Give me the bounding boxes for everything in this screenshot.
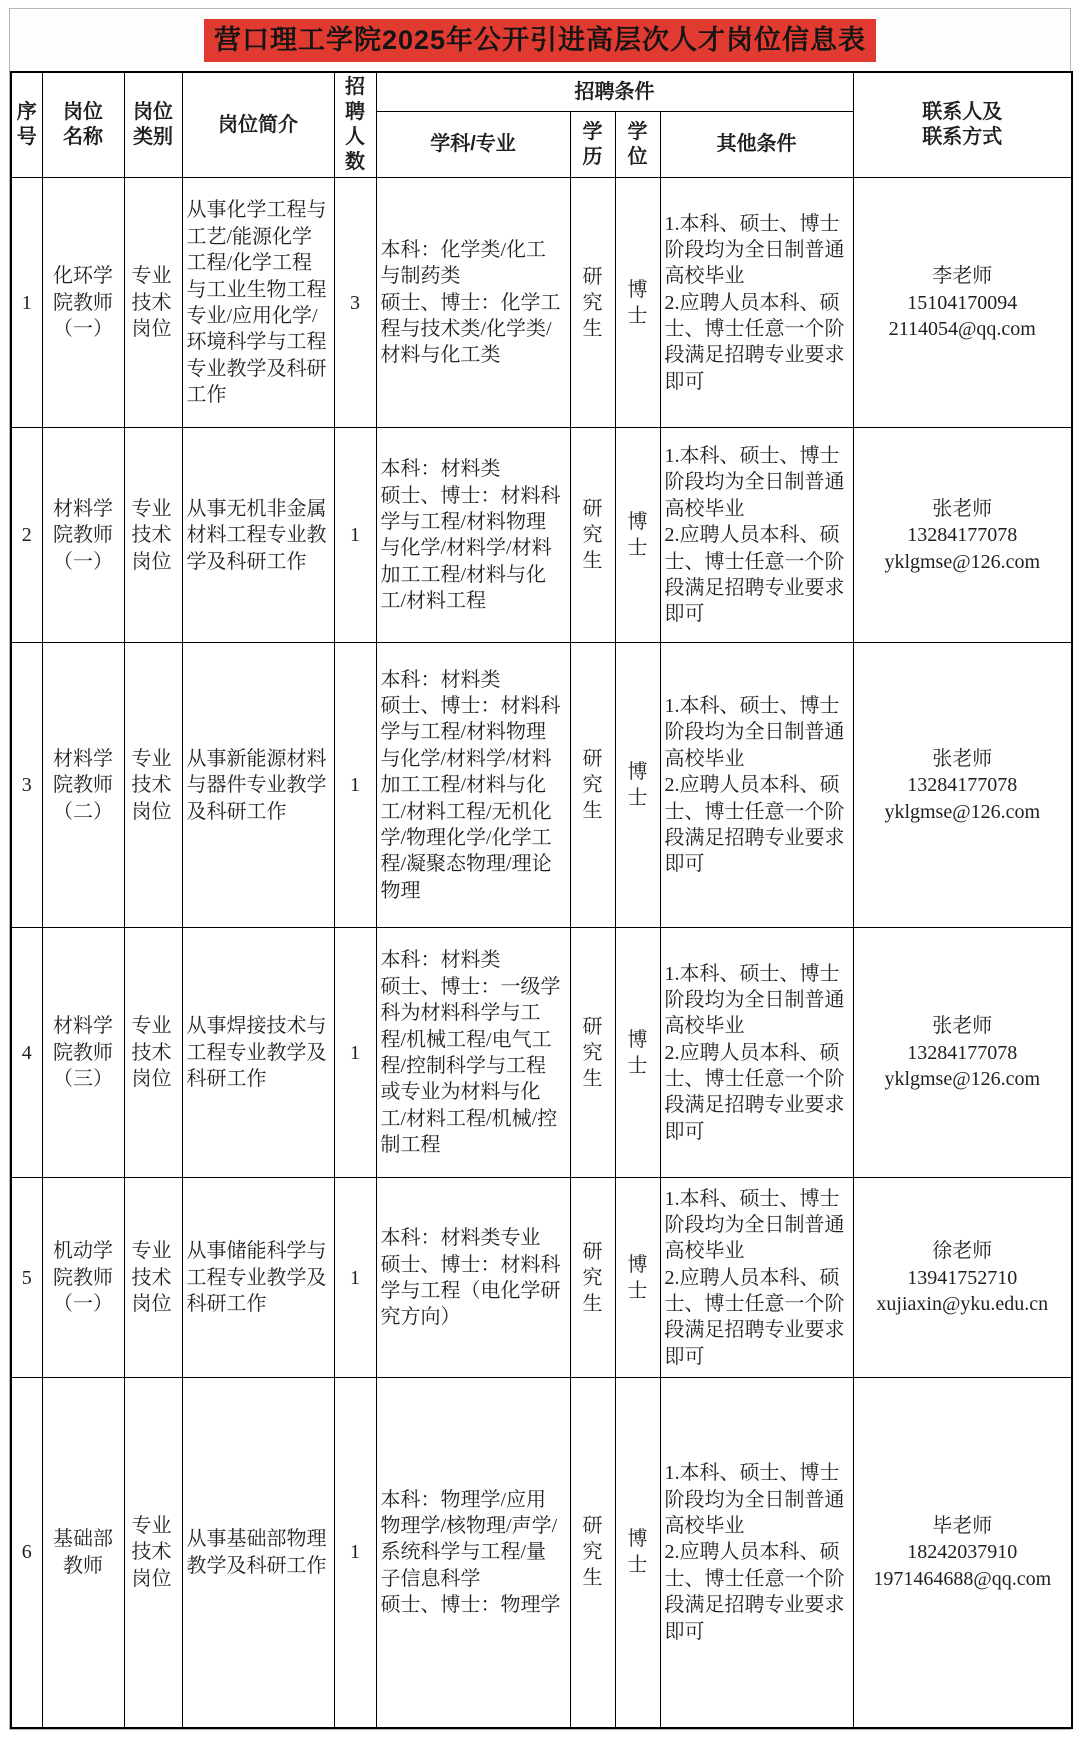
category-text: 专业技术岗位: [132, 746, 175, 825]
cell-category: 专业技术岗位: [124, 928, 182, 1178]
cell-education: 研究生: [570, 1378, 615, 1728]
table-row: 3 材料学院教师（二） 专业技术岗位 从事新能源材料与器件专业教学及科研工作 1…: [11, 643, 1072, 928]
cell-count: 1: [334, 928, 376, 1178]
cell-category: 专业技术岗位: [124, 178, 182, 428]
cell-count: 1: [334, 428, 376, 643]
cell-degree: 博士: [615, 928, 660, 1178]
cell-other: 1.本科、硕士、博士阶段均为全日制普通高校毕业 2.应聘人员本科、硕士、博士任意…: [660, 1178, 853, 1378]
degree-text: 博士: [627, 1027, 649, 1079]
cell-contact: 张老师 13284177078 yklgmse@126.com: [853, 928, 1072, 1178]
table-row: 6 基础部教师 专业技术岗位 从事基础部物理教学及科研工作 1 本科：物理学/应…: [11, 1378, 1072, 1728]
header-contact: 联系人及 联系方式: [853, 72, 1072, 178]
cell-other: 1.本科、硕士、博士阶段均为全日制普通高校毕业 2.应聘人员本科、硕士、博士任意…: [660, 178, 853, 428]
cell-intro: 从事焊接技术与工程专业教学及科研工作: [182, 928, 334, 1178]
cell-intro: 从事新能源材料与器件专业教学及科研工作: [182, 643, 334, 928]
cell-education: 研究生: [570, 1178, 615, 1378]
education-text: 研究生: [582, 1513, 604, 1591]
cell-other: 1.本科、硕士、博士阶段均为全日制普通高校毕业 2.应聘人员本科、硕士、博士任意…: [660, 643, 853, 928]
cell-degree: 博士: [615, 643, 660, 928]
header-post-name: 岗位 名称: [42, 72, 124, 178]
cell-category: 专业技术岗位: [124, 1178, 182, 1378]
cell-category: 专业技术岗位: [124, 643, 182, 928]
cell-contact: 李老师 15104170094 2114054@qq.com: [853, 178, 1072, 428]
cell-education: 研究生: [570, 928, 615, 1178]
cell-count: 1: [334, 1378, 376, 1728]
positions-table: 序 号 岗位 名称 岗位 类别 岗位简介 招聘 人数 招聘条件 联系人及 联系方…: [10, 71, 1073, 1729]
document-sheet: 营口理工学院2025年公开引进高层次人才岗位信息表 序 号 岗位 名称 岗位 类…: [9, 8, 1071, 1730]
education-text: 研究生: [582, 264, 604, 342]
cell-name: 基础部教师: [42, 1378, 124, 1728]
cell-major: 本科：材料类 硕士、博士：材料科学与工程/材料物理与化学/材料学/材料加工工程/…: [376, 428, 570, 643]
cell-seq: 6: [11, 1378, 42, 1728]
cell-degree: 博士: [615, 428, 660, 643]
cell-major: 本科：材料类 硕士、博士：一级学科为材料科学与工程/机械工程/电气工程/控制科学…: [376, 928, 570, 1178]
cell-education: 研究生: [570, 428, 615, 643]
category-text: 专业技术岗位: [132, 1013, 175, 1092]
cell-other: 1.本科、硕士、博士阶段均为全日制普通高校毕业 2.应聘人员本科、硕士、博士任意…: [660, 428, 853, 643]
cell-seq: 1: [11, 178, 42, 428]
degree-text: 博士: [627, 509, 649, 561]
degree-text: 博士: [627, 1526, 649, 1578]
cell-degree: 博士: [615, 1178, 660, 1378]
header-degree: 学位: [615, 111, 660, 178]
cell-major: 本科：材料类专业 硕士、博士：材料科学与工程（电化学研究方向）: [376, 1178, 570, 1378]
page-title: 营口理工学院2025年公开引进高层次人才岗位信息表: [204, 19, 876, 62]
header-seq: 序 号: [11, 72, 42, 178]
header-conditions: 招聘条件: [376, 72, 853, 111]
table-header: 序 号 岗位 名称 岗位 类别 岗位简介 招聘 人数 招聘条件 联系人及 联系方…: [11, 72, 1072, 178]
category-text: 专业技术岗位: [132, 1238, 175, 1317]
cell-contact: 张老师 13284177078 yklgmse@126.com: [853, 428, 1072, 643]
cell-category: 专业技术岗位: [124, 428, 182, 643]
cell-intro: 从事基础部物理教学及科研工作: [182, 1378, 334, 1728]
table-row: 4 材料学院教师（三） 专业技术岗位 从事焊接技术与工程专业教学及科研工作 1 …: [11, 928, 1072, 1178]
cell-seq: 3: [11, 643, 42, 928]
education-text: 研究生: [582, 746, 604, 824]
header-other: 其他条件: [660, 111, 853, 178]
education-text: 研究生: [582, 1239, 604, 1317]
table-row: 1 化环学院教师（一） 专业技术岗位 从事化学工程与工艺/能源化学工程/化学工程…: [11, 178, 1072, 428]
cell-contact: 毕老师 18242037910 1971464688@qq.com: [853, 1378, 1072, 1728]
cell-other: 1.本科、硕士、博士阶段均为全日制普通高校毕业 2.应聘人员本科、硕士、博士任意…: [660, 928, 853, 1178]
education-text: 研究生: [582, 496, 604, 574]
education-text: 研究生: [582, 1014, 604, 1092]
cell-education: 研究生: [570, 178, 615, 428]
cell-name: 材料学院教师（三）: [42, 928, 124, 1178]
cell-intro: 从事无机非金属材料工程专业教学及科研工作: [182, 428, 334, 643]
category-text: 专业技术岗位: [132, 1513, 175, 1592]
cell-name: 化环学院教师（一）: [42, 178, 124, 428]
cell-degree: 博士: [615, 178, 660, 428]
header-post-category: 岗位 类别: [124, 72, 182, 178]
header-recruit-count: 招聘 人数: [334, 72, 376, 178]
table-row: 5 机动学院教师（一） 专业技术岗位 从事储能科学与工程专业教学及科研工作 1 …: [11, 1178, 1072, 1378]
cell-name: 材料学院教师（一）: [42, 428, 124, 643]
header-education: 学历: [570, 111, 615, 178]
category-text: 专业技术岗位: [132, 263, 175, 342]
cell-name: 机动学院教师（一）: [42, 1178, 124, 1378]
cell-degree: 博士: [615, 1378, 660, 1728]
degree-text: 博士: [627, 759, 649, 811]
cell-name: 材料学院教师（二）: [42, 643, 124, 928]
cell-contact: 徐老师 13941752710 xujiaxin@yku.edu.cn: [853, 1178, 1072, 1378]
cell-major: 本科：材料类 硕士、博士：材料科学与工程/材料物理与化学/材料学/材料加工工程/…: [376, 643, 570, 928]
degree-text: 博士: [627, 277, 649, 329]
header-row-1: 序 号 岗位 名称 岗位 类别 岗位简介 招聘 人数 招聘条件 联系人及 联系方…: [11, 72, 1072, 111]
title-row: 营口理工学院2025年公开引进高层次人才岗位信息表: [10, 9, 1070, 71]
degree-text: 博士: [627, 1252, 649, 1304]
cell-category: 专业技术岗位: [124, 1378, 182, 1728]
header-major: 学科/专业: [376, 111, 570, 178]
cell-seq: 2: [11, 428, 42, 643]
cell-count: 1: [334, 643, 376, 928]
cell-education: 研究生: [570, 643, 615, 928]
cell-seq: 4: [11, 928, 42, 1178]
table-row: 2 材料学院教师（一） 专业技术岗位 从事无机非金属材料工程专业教学及科研工作 …: [11, 428, 1072, 643]
category-text: 专业技术岗位: [132, 496, 175, 575]
cell-count: 1: [334, 1178, 376, 1378]
table-body: 1 化环学院教师（一） 专业技术岗位 从事化学工程与工艺/能源化学工程/化学工程…: [11, 178, 1072, 1728]
cell-seq: 5: [11, 1178, 42, 1378]
cell-contact: 张老师 13284177078 yklgmse@126.com: [853, 643, 1072, 928]
cell-major: 本科：化学类/化工与制药类 硕士、博士：化学工程与技术类/化学类/材料与化工类: [376, 178, 570, 428]
cell-major: 本科：物理学/应用物理学/核物理/声学/系统科学与工程/量子信息科学 硕士、博士…: [376, 1378, 570, 1728]
cell-count: 3: [334, 178, 376, 428]
cell-intro: 从事储能科学与工程专业教学及科研工作: [182, 1178, 334, 1378]
cell-intro: 从事化学工程与工艺/能源化学工程/化学工程与工业生物工程专业/应用化学/环境科学…: [182, 178, 334, 428]
cell-other: 1.本科、硕士、博士阶段均为全日制普通高校毕业 2.应聘人员本科、硕士、博士任意…: [660, 1378, 853, 1728]
header-post-intro: 岗位简介: [182, 72, 334, 178]
